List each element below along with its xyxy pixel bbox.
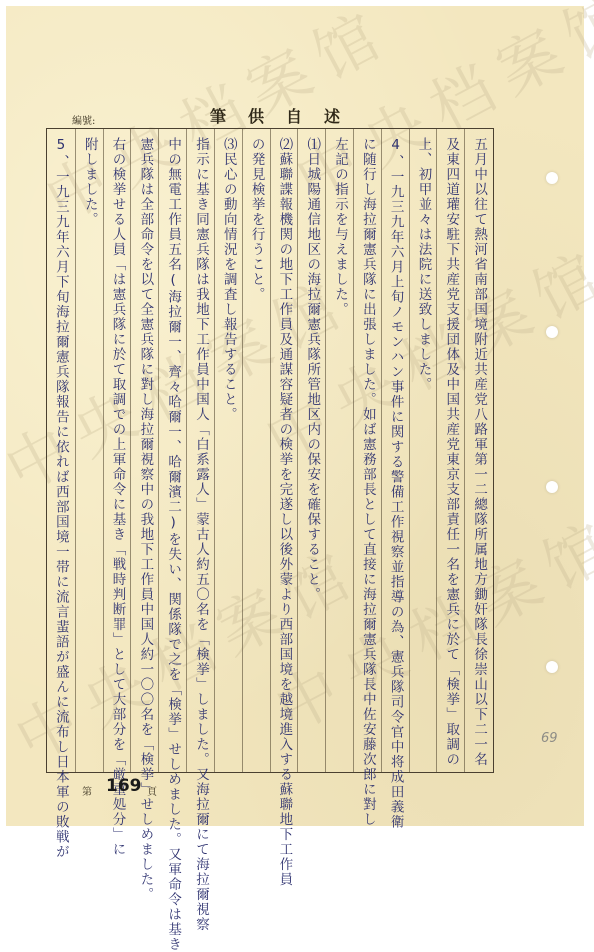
page-number: 169 [106, 776, 142, 796]
text-column: の発見検挙を行うこと。 [242, 129, 271, 772]
column-text: 指示に基き同憲兵隊は我地下工作員中国人「白系露人」蒙古人約五〇名を「検挙」しまし… [190, 137, 212, 826]
column-text: ⑴日城陽通信地区の海拉爾憲兵隊所管地区内の保安を確保すること。 [301, 137, 323, 602]
page-suffix: 頁 [147, 783, 157, 798]
text-column: ⑴日城陽通信地区の海拉爾憲兵隊所管地区内の保安を確保すること。 [297, 129, 326, 772]
column-text: 左記の指示を与えました。 [329, 137, 351, 317]
text-column: に随行し海拉爾憲兵隊に出張しました。如ば憲務部長として直接に海拉爾憲兵隊長中佐安… [353, 129, 382, 772]
text-column: 左記の指示を与えました。 [325, 129, 354, 772]
record-number-label: 編號: [72, 112, 95, 127]
text-column: 右の検挙せる人員「は憲兵隊に於て取調での上軍命令に基き「戦時判断罪」として大部分… [103, 129, 132, 772]
column-text: 右の検挙せる人員「は憲兵隊に於て取調での上軍命令に基き「戦時判断罪」として大部分… [107, 137, 129, 826]
column-text: 憲兵隊は全部命令を以て全憲兵隊に對し海拉爾視察中の我地下工作員中国人約一〇〇名を… [134, 137, 156, 826]
deposition-table: 五月中以往て熱河省南部国境附近共産党八路軍第一二總隊所属地方鋤奸隊長徐崇山以下二… [46, 128, 494, 773]
text-column: 5、一九三九年六月下旬海拉爾憲兵隊報告に依れば西部国境一帯に流言蜚語が盛んに流布… [47, 129, 75, 772]
archive-pencil-number: 69 [541, 731, 558, 746]
text-column: 五月中以往て熱河省南部国境附近共産党八路軍第一二總隊所属地方鋤奸隊長徐崇山以下二… [464, 129, 493, 772]
form-title: 筆供自述 [210, 104, 362, 127]
column-text: ⑵蘇聯諜報機関の地下工作員及通謀容疑者の検挙を完遂し以後外蒙より西部国境を越境進… [273, 137, 295, 826]
column-text: 五月中以往て熱河省南部国境附近共産党八路軍第一二總隊所属地方鋤奸隊長徐崇山以下二… [468, 137, 490, 767]
column-text: 附しました。 [79, 137, 101, 227]
binding-hole-top [546, 172, 558, 184]
text-column: ⑶民心の動向情況を調査し報告すること。 [214, 129, 243, 772]
binding-hole-bottom [546, 661, 558, 673]
text-column: 及東四道瓘安駐下共産党支援団体及中国共産党東京支部責任一名を憲兵に於て「検挙」取… [436, 129, 465, 772]
text-column: 指示に基き同憲兵隊は我地下工作員中国人「白系露人」蒙古人約五〇名を「検挙」しまし… [186, 129, 215, 772]
column-text: の発見検挙を行うこと。 [246, 137, 268, 302]
text-column: 4、一九三九年六月上旬ノモンハン事件に関する警備工作視察並指導の為、憲兵隊司令官… [381, 129, 410, 772]
binding-hole-lower [546, 481, 558, 493]
text-column: 中の無電工作員五名(海拉爾一、齊々哈爾一、哈爾濱二)を失い、関係隊で之を「検挙」… [158, 129, 187, 772]
binding-hole-middle [546, 326, 558, 338]
page-prefix: 第 [82, 783, 92, 798]
column-text: 4、一九三九年六月上旬ノモンハン事件に関する警備工作視察並指導の為、憲兵隊司令官… [385, 137, 407, 826]
column-text: に随行し海拉爾憲兵隊に出張しました。如ば憲務部長として直接に海拉爾憲兵隊長中佐安… [357, 137, 379, 826]
column-text: 5、一九三九年六月下旬海拉爾憲兵隊報告に依れば西部国境一帯に流言蜚語が盛んに流布… [50, 137, 72, 826]
column-text: 中の無電工作員五名(海拉爾一、齊々哈爾一、哈爾濱二)を失い、関係隊で之を「検挙」… [162, 137, 184, 826]
column-text: ⑶民心の動向情況を調査し報告すること。 [218, 137, 240, 422]
text-column: ⑵蘇聯諜報機関の地下工作員及通謀容疑者の検挙を完遂し以後外蒙より西部国境を越境進… [270, 129, 299, 772]
text-column: 附しました。 [75, 129, 104, 772]
column-text: 上、初甲並々は法院に送致しました。 [412, 137, 434, 392]
text-column: 憲兵隊は全部命令を以て全憲兵隊に對し海拉爾視察中の我地下工作員中国人約一〇〇名を… [130, 129, 159, 772]
text-column: 上、初甲並々は法院に送致しました。 [409, 129, 438, 772]
column-text: 及東四道瓘安駐下共産党支援団体及中国共産党東京支部責任一名を憲兵に於て「検挙」取… [440, 137, 462, 767]
